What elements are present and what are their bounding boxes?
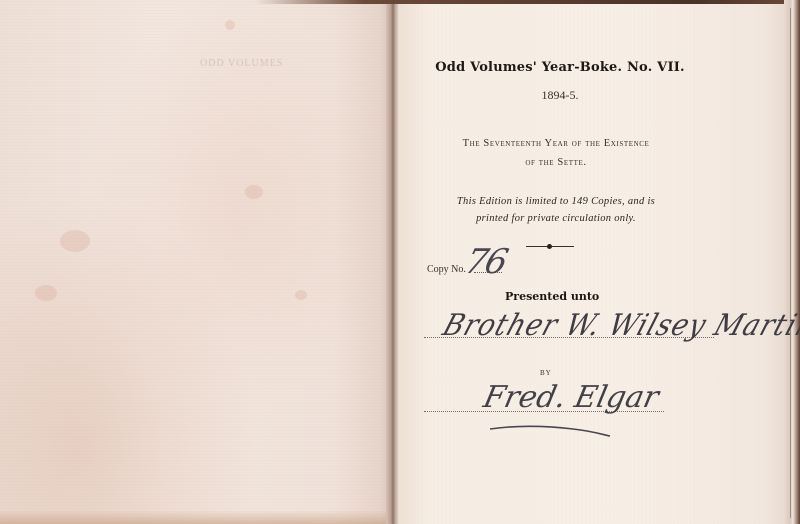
edition-line-1: This Edition is limited to 149 Copies, a… [420, 193, 692, 210]
show-through-text: ODD VOLUMES [200, 58, 320, 68]
foxing-stain [245, 185, 263, 199]
copy-number-label: Copy No. [427, 264, 466, 275]
bottom-edge-stain [0, 510, 392, 524]
left-page-blank: ODD VOLUMES [0, 0, 392, 524]
book-years: 1894-5. [430, 88, 690, 103]
presented-unto-label: Presented unto [505, 290, 599, 303]
open-book-spread: ODD VOLUMES Odd Volumes' Year-Boke. No. … [0, 0, 800, 524]
giver-signature: Fred. Elgar [480, 380, 662, 415]
edition-line-2: printed for private circulation only. [420, 210, 692, 227]
recipient-signature: Brother W. Wilsey Martin [438, 308, 800, 342]
by-label: BY [540, 369, 552, 377]
foxing-stain [295, 290, 307, 300]
edition-statement: This Edition is limited to 149 Copies, a… [420, 193, 692, 227]
foxing-stain [225, 20, 235, 30]
page-edge-line [790, 8, 791, 518]
book-title: Odd Volumes' Year-Boke. No. VII. [430, 60, 690, 75]
signature-flourish-icon [488, 423, 612, 437]
page-edges [784, 0, 800, 524]
existence-line-2: of the Sette. [420, 153, 692, 172]
binding-top-edge [255, 0, 800, 4]
existence-line-1: The Seventeenth Year of the Existence [420, 134, 692, 153]
existence-statement: The Seventeenth Year of the Existence of… [420, 134, 692, 172]
foxing-stain [60, 230, 90, 252]
foxing-stain [35, 285, 57, 301]
ornament-dot-icon [547, 244, 552, 249]
